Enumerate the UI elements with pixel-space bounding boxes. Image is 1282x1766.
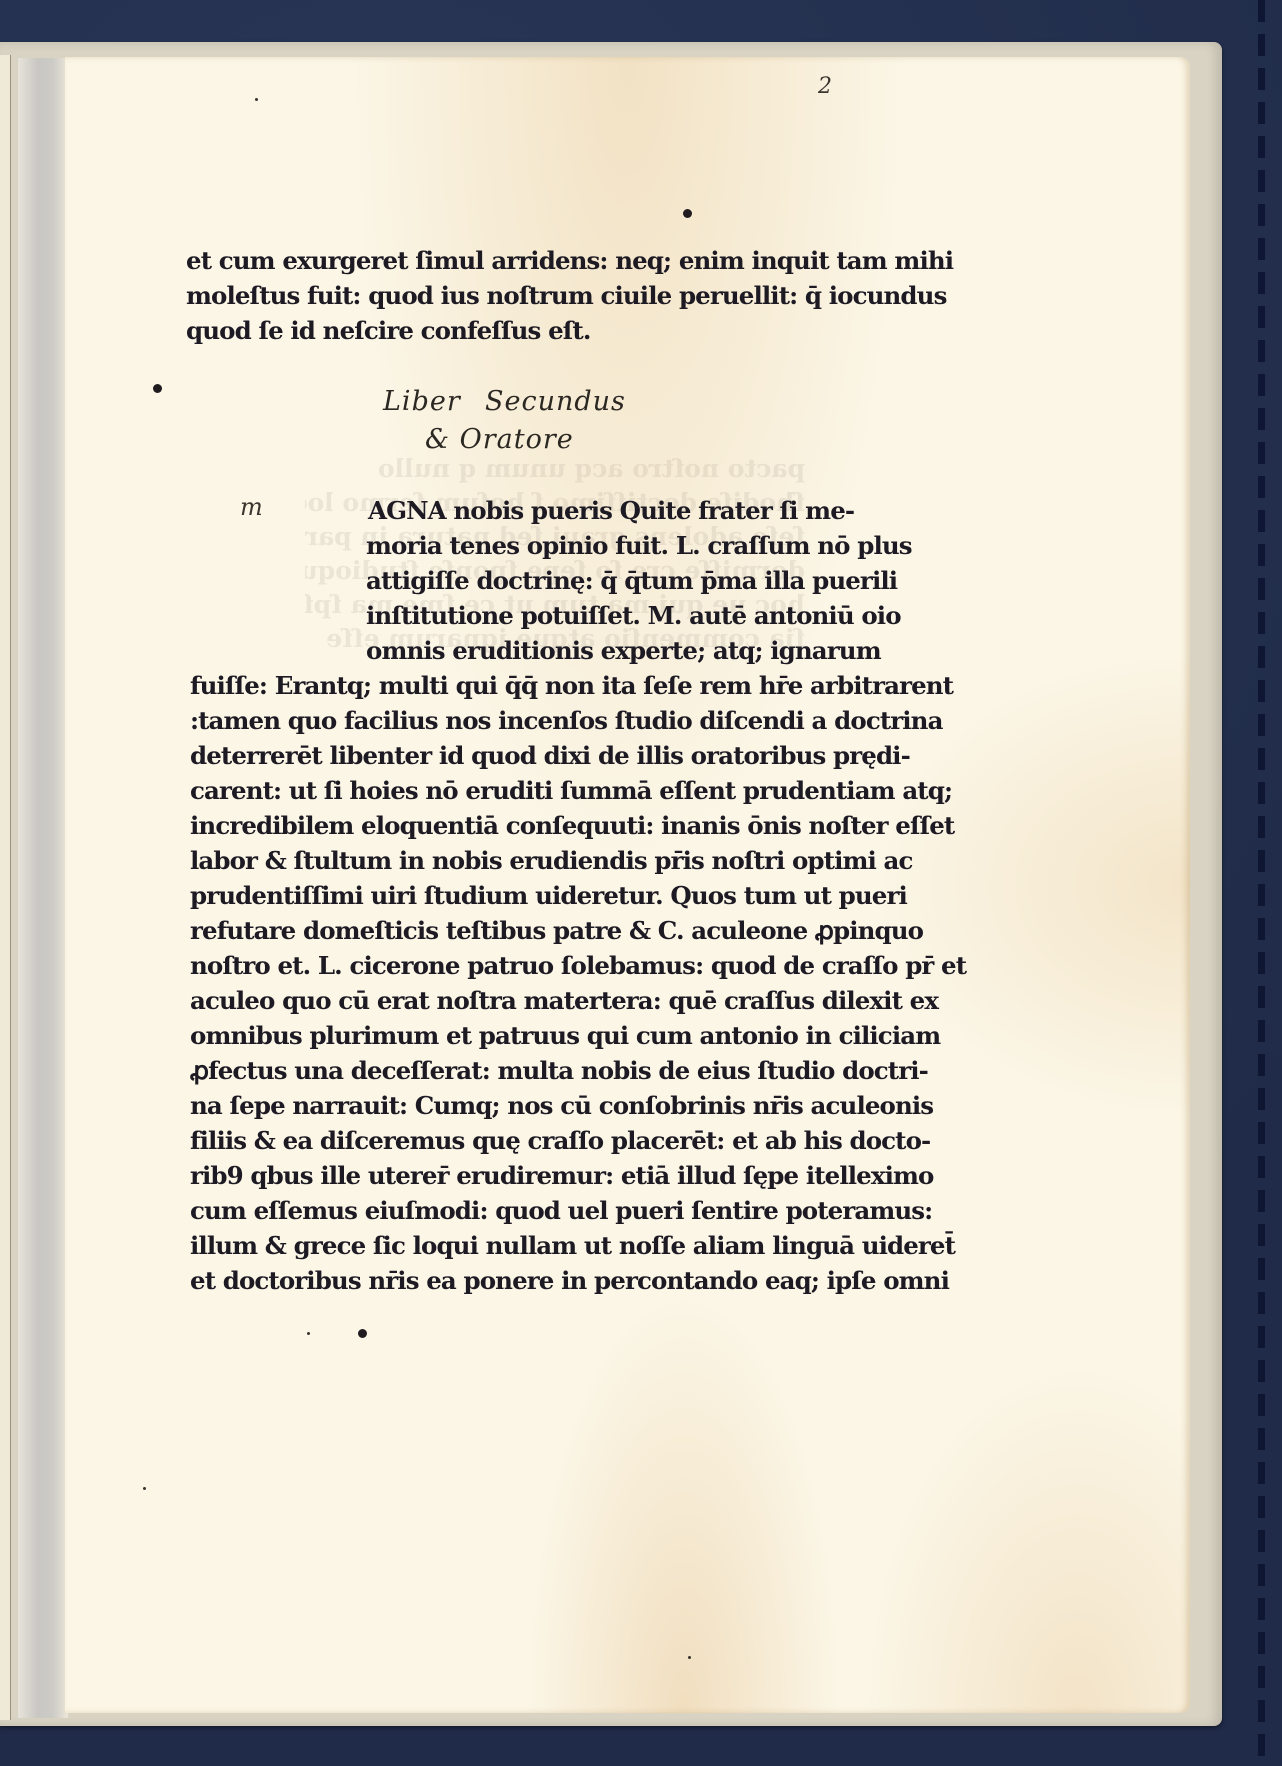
text-line: filiis & ea diſceremus quę craſſo placer… <box>190 1126 930 1155</box>
text-line: cum eſſemus eiuſmodi: quod uel pueri ſen… <box>190 1196 932 1225</box>
text-line: labor & ſtultum in nobis erudiendis pr̄i… <box>190 846 913 875</box>
text-line: illum & grece ſic loqui nullam ut noſſe … <box>190 1231 955 1260</box>
heading-oratore: & Oratore <box>425 424 574 455</box>
text-line: ꝓfectus una deceſſerat: multa nobis de e… <box>190 1056 928 1085</box>
text-line: et doctoribus nr̄is ea ponere in percont… <box>190 1266 949 1295</box>
text-line: et cum exurgeret ſimul arridens: neq; en… <box>186 246 953 275</box>
ink-dot <box>683 209 692 218</box>
ruler-marks <box>1258 0 1265 1766</box>
text-line: quod ſe id neſcire confeſſus eſt. <box>186 316 590 345</box>
text-line: prudentiſſimi uiri ſtudium uideretur. Qu… <box>190 881 907 910</box>
text-line: fuiſſe: Erantq; multi qui q̄q̄ non ita ſ… <box>190 671 953 700</box>
ink-speck <box>143 1487 146 1490</box>
text-line-indented: attigiſſe doctrinę: q̄ q̄tum p̄ma illa p… <box>366 566 897 595</box>
text-line: deterrerēt libenter id quod dixi de illi… <box>190 741 910 770</box>
ink-dot <box>358 1329 367 1338</box>
text-line: aculeo quo cū erat noſtra matertera: quē… <box>190 986 938 1015</box>
text-line: na ſepe narrauit: Cumq; nos cū conſobrin… <box>190 1091 933 1120</box>
ink-speck <box>255 98 258 101</box>
text-line-first: AGNA nobis pueris Quite frater ſi me- <box>368 496 854 525</box>
text-line: :tamen quo facilius nos incenſos ſtudio … <box>190 706 943 735</box>
text-line-indented: omnis eruditionis experte; atq; ignarum <box>366 636 881 665</box>
ink-speck <box>688 1656 691 1659</box>
text-line: noſtro et. L. cicerone patruo ſolebamus:… <box>190 951 966 980</box>
binding-gutter <box>18 58 68 1718</box>
ink-speck <box>307 1332 310 1335</box>
folio-number: 2 <box>818 74 832 99</box>
text-line-indented: moria tenes opinio fuit. L. craſſum nō p… <box>366 531 912 560</box>
ink-dot <box>153 384 162 393</box>
text-line: incredibilem eloquentiā conſequuti: inan… <box>190 811 954 840</box>
heading-secundus: Secundus <box>485 386 626 417</box>
text-line: rib9 qbus ille uterer̄ erudiremur: etiā … <box>190 1161 933 1190</box>
text-line: omnibus plurimum et patruus qui cum anto… <box>190 1021 940 1050</box>
text-line: refutare domeſticis teſtibus patre & C. … <box>190 916 923 945</box>
initial-guide-letter: m <box>240 493 263 521</box>
text-line-indented: inſtitutione potuiſſet. M. autē antoniū … <box>366 601 901 630</box>
show-through-line: pacto noſtro acq unum q nullo <box>305 452 805 486</box>
heading-liber: Liber <box>383 386 461 417</box>
facing-leaf-edge <box>0 55 11 1720</box>
text-line: carent: ut ſi hoies nō eruditi ſummā eſſ… <box>190 776 952 805</box>
text-line: moleſtus fuit: quod ius noſtrum ciuile p… <box>186 281 946 310</box>
